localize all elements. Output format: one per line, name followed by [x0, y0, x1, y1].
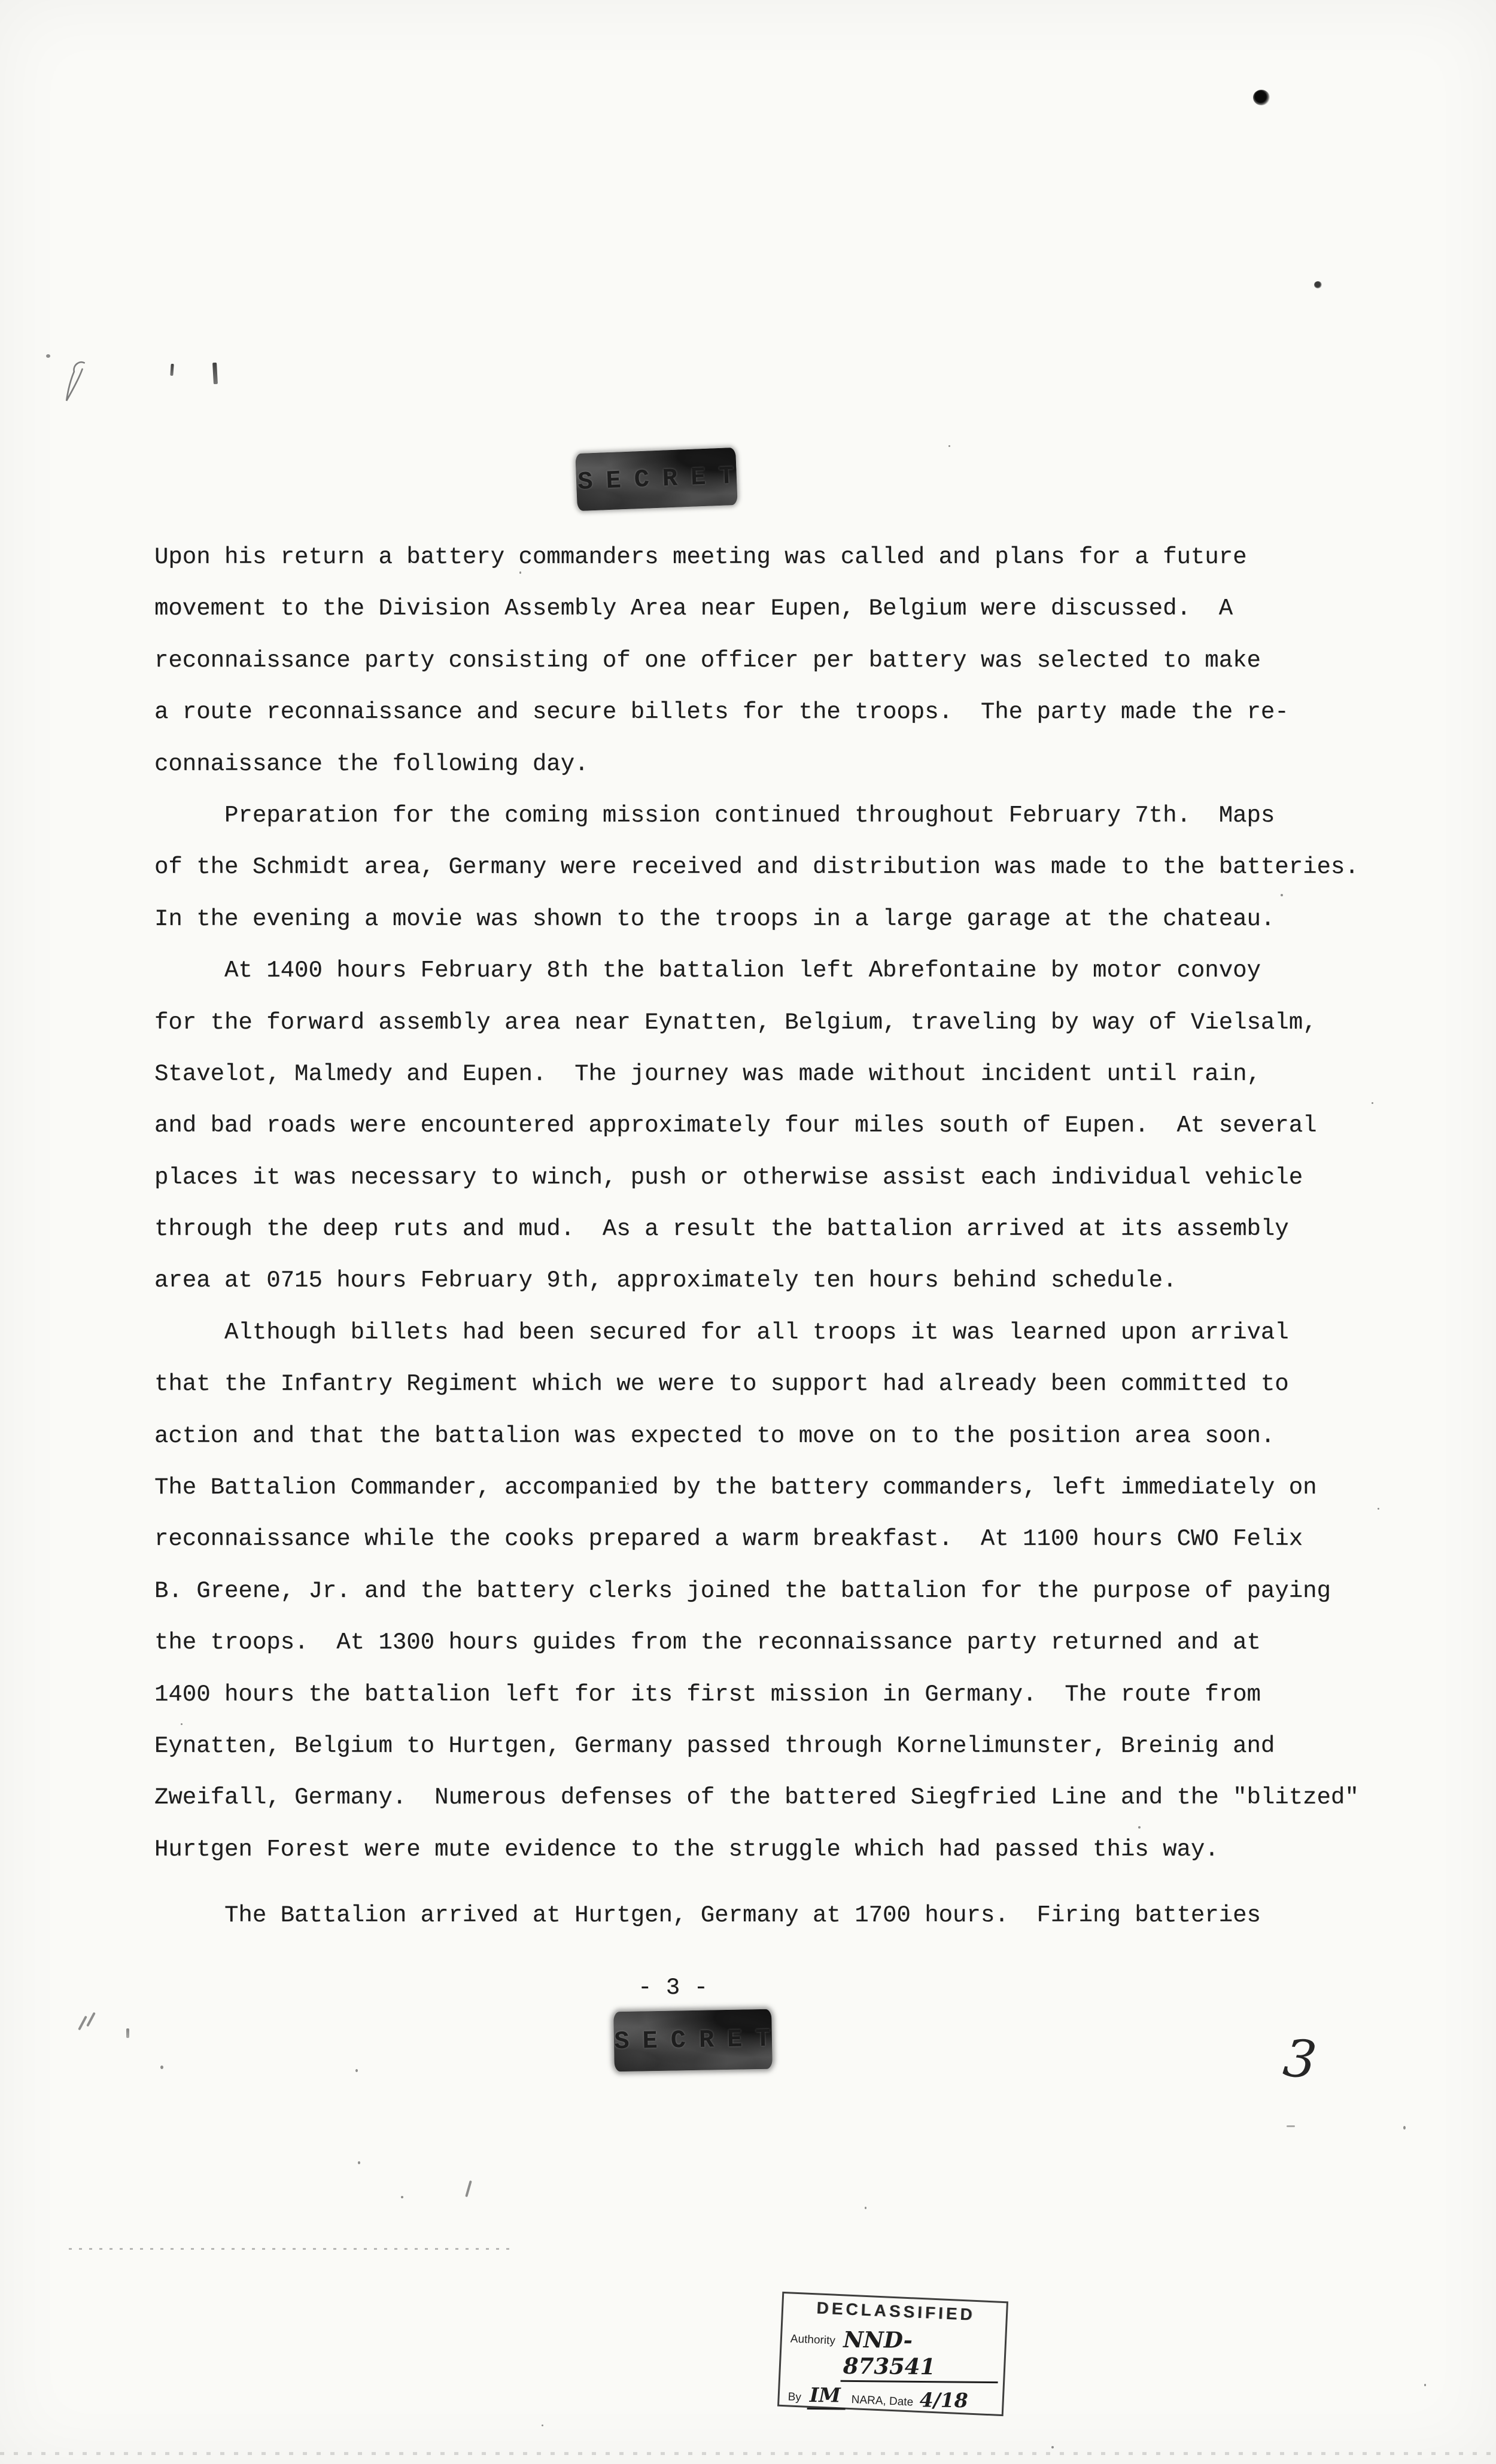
typed-line: action and that the battalion was expect… — [154, 1410, 1359, 1462]
noise-speck — [948, 445, 950, 447]
noise-speck — [865, 2207, 866, 2209]
pencil-slash — [86, 2012, 96, 2027]
by-value-handwritten: IM — [807, 2383, 846, 2410]
ink-mark — [212, 363, 218, 384]
secret-stamp-top: SECRET — [575, 448, 737, 511]
typed-line: for the forward assembly area near Eynat… — [154, 997, 1359, 1048]
typed-line: Although billets had been secured for al… — [154, 1307, 1359, 1358]
noise-speck — [1051, 2446, 1054, 2448]
typed-line: movement to the Division Assembly Area n… — [154, 583, 1359, 634]
scan-smudge-line — [69, 2248, 512, 2250]
scan-edge-smudge — [0, 2452, 1496, 2455]
typed-line: Stavelot, Malmedy and Eupen. The journey… — [154, 1048, 1359, 1100]
typed-line: At 1400 hours February 8th the battalion… — [154, 945, 1359, 996]
ink-mark — [126, 2028, 129, 2038]
by-label: By — [787, 2390, 801, 2404]
noise-speck — [181, 1723, 183, 1725]
noise-speck — [1424, 2384, 1426, 2386]
typed-line: The Battalion Commander, accompanied by … — [154, 1462, 1359, 1513]
typed-line: Preparation for the coming mission conti… — [154, 790, 1359, 841]
typed-line: reconnaissance party consisting of one o… — [154, 635, 1359, 686]
typed-line: Zweifall, Germany. Numerous defenses of … — [154, 1772, 1359, 1823]
typed-line: a route reconnaissance and secure billet… — [154, 686, 1359, 738]
ink-blot — [1314, 281, 1322, 288]
noise-speck — [160, 2065, 163, 2069]
handwritten-page-number: 3 — [1281, 2028, 1319, 2091]
typed-line: Upon his return a battery commanders mee… — [154, 531, 1359, 583]
noise-speck — [519, 571, 521, 574]
noise-speck — [1138, 1826, 1141, 1829]
typed-body-text: Upon his return a battery commanders mee… — [154, 531, 1359, 1942]
declassified-label: DECLASSIFIED — [792, 2298, 1001, 2326]
secret-stamp-top-label: SECRET — [565, 461, 748, 497]
pencil-squiggle — [65, 359, 89, 407]
typed-line: area at 0715 hours February 9th, approxi… — [154, 1255, 1359, 1306]
declassification-stamp: DECLASSIFIED Authority NND-873541 By IM … — [777, 2292, 1008, 2416]
typed-line: of the Schmidt area, Germany were receiv… — [154, 841, 1359, 893]
typed-line: connaissance the following day. — [154, 738, 1359, 790]
typed-line: Hurtgen Forest were mute evidence to the… — [154, 1824, 1359, 1875]
typed-line: and bad roads were encountered approxima… — [154, 1100, 1359, 1151]
secret-stamp-bottom: SECRET — [613, 2009, 773, 2072]
date-value-handwritten: 4/18 — [919, 2388, 968, 2412]
typed-line: that the Infantry Regiment which we were… — [154, 1358, 1359, 1410]
typed-line: The Battalion arrived at Hurtgen, German… — [154, 1890, 1359, 1941]
typed-line: Eynatten, Belgium to Hurtgen, Germany pa… — [154, 1720, 1359, 1772]
typed-line: In the evening a movie was shown to the … — [154, 893, 1359, 945]
typed-line: places it was necessary to winch, push o… — [154, 1152, 1359, 1203]
authority-label: Authority — [790, 2333, 835, 2348]
typed-line: the troops. At 1300 hours guides from th… — [154, 1617, 1359, 1668]
noise-speck — [627, 1483, 629, 1485]
secret-stamp-bottom-label: SECRET — [602, 2024, 784, 2056]
typed-line: B. Greene, Jr. and the battery clerks jo… — [154, 1565, 1359, 1617]
noise-speck — [358, 2161, 360, 2164]
noise-speck — [309, 1172, 311, 1174]
noise-speck — [46, 354, 50, 358]
noise-speck — [355, 2069, 358, 2072]
declass-authority-row: Authority NND-873541 — [789, 2322, 999, 2386]
nara-date-label: NARA, Date — [851, 2393, 913, 2409]
typed-line: reconnaissance while the cooks prepared … — [154, 1513, 1359, 1565]
noise-speck — [1372, 1102, 1373, 1104]
pencil-slash — [465, 2180, 472, 2197]
noise-speck — [1281, 894, 1283, 896]
noise-speck — [542, 2425, 543, 2426]
scanned-document-page: SECRET Upon his return a battery command… — [0, 0, 1496, 2464]
typed-line: through the deep ruts and mud. As a resu… — [154, 1203, 1359, 1255]
noise-speck — [1403, 2126, 1406, 2130]
typed-line: 1400 hours the battalion left for its fi… — [154, 1669, 1359, 1720]
authority-value-handwritten: NND-873541 — [841, 2326, 999, 2383]
pencil-slash — [78, 2016, 87, 2031]
noise-speck — [1378, 1508, 1379, 1510]
ink-mark — [170, 364, 174, 376]
declass-by-row: By IM NARA, Date 4/18 — [787, 2381, 997, 2417]
noise-speck — [401, 2196, 403, 2198]
ink-blot — [1253, 90, 1270, 105]
noise-speck — [1287, 2125, 1295, 2127]
page-number: - 3 - — [638, 1975, 708, 2001]
